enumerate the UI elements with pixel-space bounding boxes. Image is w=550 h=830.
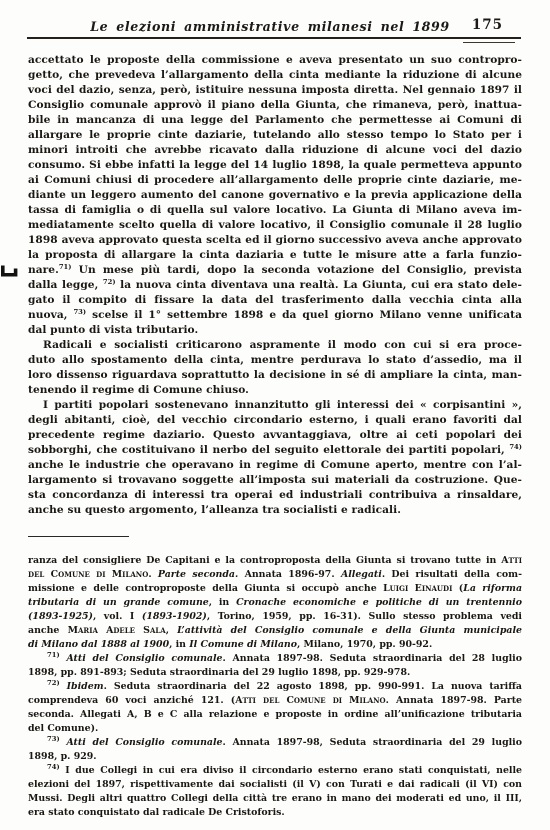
text-line: I partiti popolari sostenevano innanzitu… <box>28 398 522 413</box>
paragraph: 74) I due Collegi in cui era diviso il c… <box>28 764 522 820</box>
paragraph: ranza del consigliere De Capitani e la c… <box>28 554 522 652</box>
running-title: Le elezioni amministrative milanesi nel … <box>70 19 470 34</box>
text-line: era stato conquistato dal radicale De Cr… <box>28 806 522 820</box>
text-line: dal punto di vista tributario. <box>28 323 522 338</box>
footnote-separator <box>28 536 129 537</box>
text-line: bile in mancanza di una legge del Parlam… <box>28 113 522 128</box>
text-line: ai Comuni chiusi di procedere all’allarg… <box>28 173 522 188</box>
text-line: duto allo spostamento della cinta, mentr… <box>28 353 522 368</box>
scanned-book-page: Le elezioni amministrative milanesi nel … <box>0 0 550 830</box>
text-line: largamento si trovavano soggette all’imp… <box>28 473 522 488</box>
paragraph: Radicali e socialisti criticarono aspram… <box>28 338 522 398</box>
text-line: voci del dazio, senza, però, istituire n… <box>28 83 522 98</box>
text-line: Radicali e socialisti criticarono aspram… <box>28 338 522 353</box>
paragraph: 73) Atti del Consiglio comunale. Annata … <box>28 736 522 764</box>
text-line: tassa di famiglia o di quella sul valore… <box>28 203 522 218</box>
text-line: tributaria di un grande comune, in Crona… <box>28 596 522 610</box>
text-line: gato il compito di fissare la data del t… <box>28 293 522 308</box>
text-line: 1898, pp. 891-893; Seduta straordinaria … <box>28 666 522 680</box>
text-line: sta concordanza di interessi tra operai … <box>28 488 522 503</box>
text-line: 74) I due Collegi in cui era diviso il c… <box>28 764 522 778</box>
text-line: 72) Ibidem. Seduta straordinaria del 22 … <box>28 680 522 694</box>
text-line: del Comune di Milano. Parte seconda. Ann… <box>28 568 522 582</box>
text-line: consumo. Si ebbe infatti la legge del 14… <box>28 158 522 173</box>
text-line: mediatamente scelto quella di valore loc… <box>28 218 522 233</box>
text-line: 1898 aveva approvato questa scelta ed il… <box>28 233 522 248</box>
text-line: anche Maria Adele Sala, L’attività del C… <box>28 624 522 638</box>
text-line: missione e delle controproposte della Gi… <box>28 582 522 596</box>
text-line: tenendo il regime di Comune chiuso. <box>28 383 522 398</box>
text-line: loro dissenso riguardava soprattutto la … <box>28 368 522 383</box>
text-line: seconda. Allegati A, B e C alla relazion… <box>28 708 522 722</box>
header-rule-fragment <box>463 42 515 43</box>
footnotes-block: ranza del consigliere De Capitani e la c… <box>28 554 522 820</box>
text-line: precedente regime daziario. Questo avvan… <box>28 428 522 443</box>
text-line: comprendeva 60 voci anziché 121. (Atti d… <box>28 694 522 708</box>
text-line: anche le industrie che operavano in regi… <box>28 458 522 473</box>
paragraph: accettato le proposte della commissione … <box>28 53 522 338</box>
text-line: diante un leggero aumento del canone gov… <box>28 188 522 203</box>
text-line: dalla legge, 72) la nuova cinta diventav… <box>28 278 522 293</box>
text-line: minori introiti che avrebbe ricavato dal… <box>28 143 522 158</box>
text-line: sobborghi, che costituivano il nerbo del… <box>28 443 522 458</box>
text-line: nare.71) Un mese più tardi, dopo la seco… <box>28 263 522 278</box>
page-number: 175 <box>472 17 503 33</box>
text-line: (1893-1925), vol. I (1893-1902), Torino,… <box>28 610 522 624</box>
text-line: ranza del consigliere De Capitani e la c… <box>28 554 522 568</box>
text-line: la proposta di allargare la cinta daziar… <box>28 248 522 263</box>
text-line: Mussi. Degli altri quattro Collegi della… <box>28 792 522 806</box>
text-line: Consiglio comunale approvò il piano dell… <box>28 98 522 113</box>
text-line: anche su questo argomento, l’alleanza tr… <box>28 503 522 518</box>
header-rule <box>27 37 521 39</box>
text-line: 1898, p. 929. <box>28 750 522 764</box>
text-line: getto, che prevedeva l’allargamento dell… <box>28 68 522 83</box>
text-line: degli abitanti, cioè, del vecchio circon… <box>28 413 522 428</box>
paragraph: 71) Atti del Consiglio comunale. Annata … <box>28 652 522 680</box>
text-line: allargare le proprie cinte daziarie, tut… <box>28 128 522 143</box>
body-text: accettato le proposte della commissione … <box>28 53 522 518</box>
text-line: del Comune). <box>28 722 522 736</box>
text-line: accettato le proposte della commissione … <box>28 53 522 68</box>
text-line: 73) Atti del Consiglio comunale. Annata … <box>28 736 522 750</box>
text-line: elezioni del 1897, rispettivamente dai s… <box>28 778 522 792</box>
paragraph: 72) Ibidem. Seduta straordinaria del 22 … <box>28 680 522 736</box>
paragraph: I partiti popolari sostenevano innanzitu… <box>28 398 522 518</box>
text-line: nuova, 73) scelse il 1° settembre 1898 e… <box>28 308 522 323</box>
text-line: 71) Atti del Consiglio comunale. Annata … <box>28 652 522 666</box>
reader-margin-mark-icon <box>1 265 20 277</box>
text-line: di Milano dal 1888 al 1900, in Il Comune… <box>28 638 522 652</box>
